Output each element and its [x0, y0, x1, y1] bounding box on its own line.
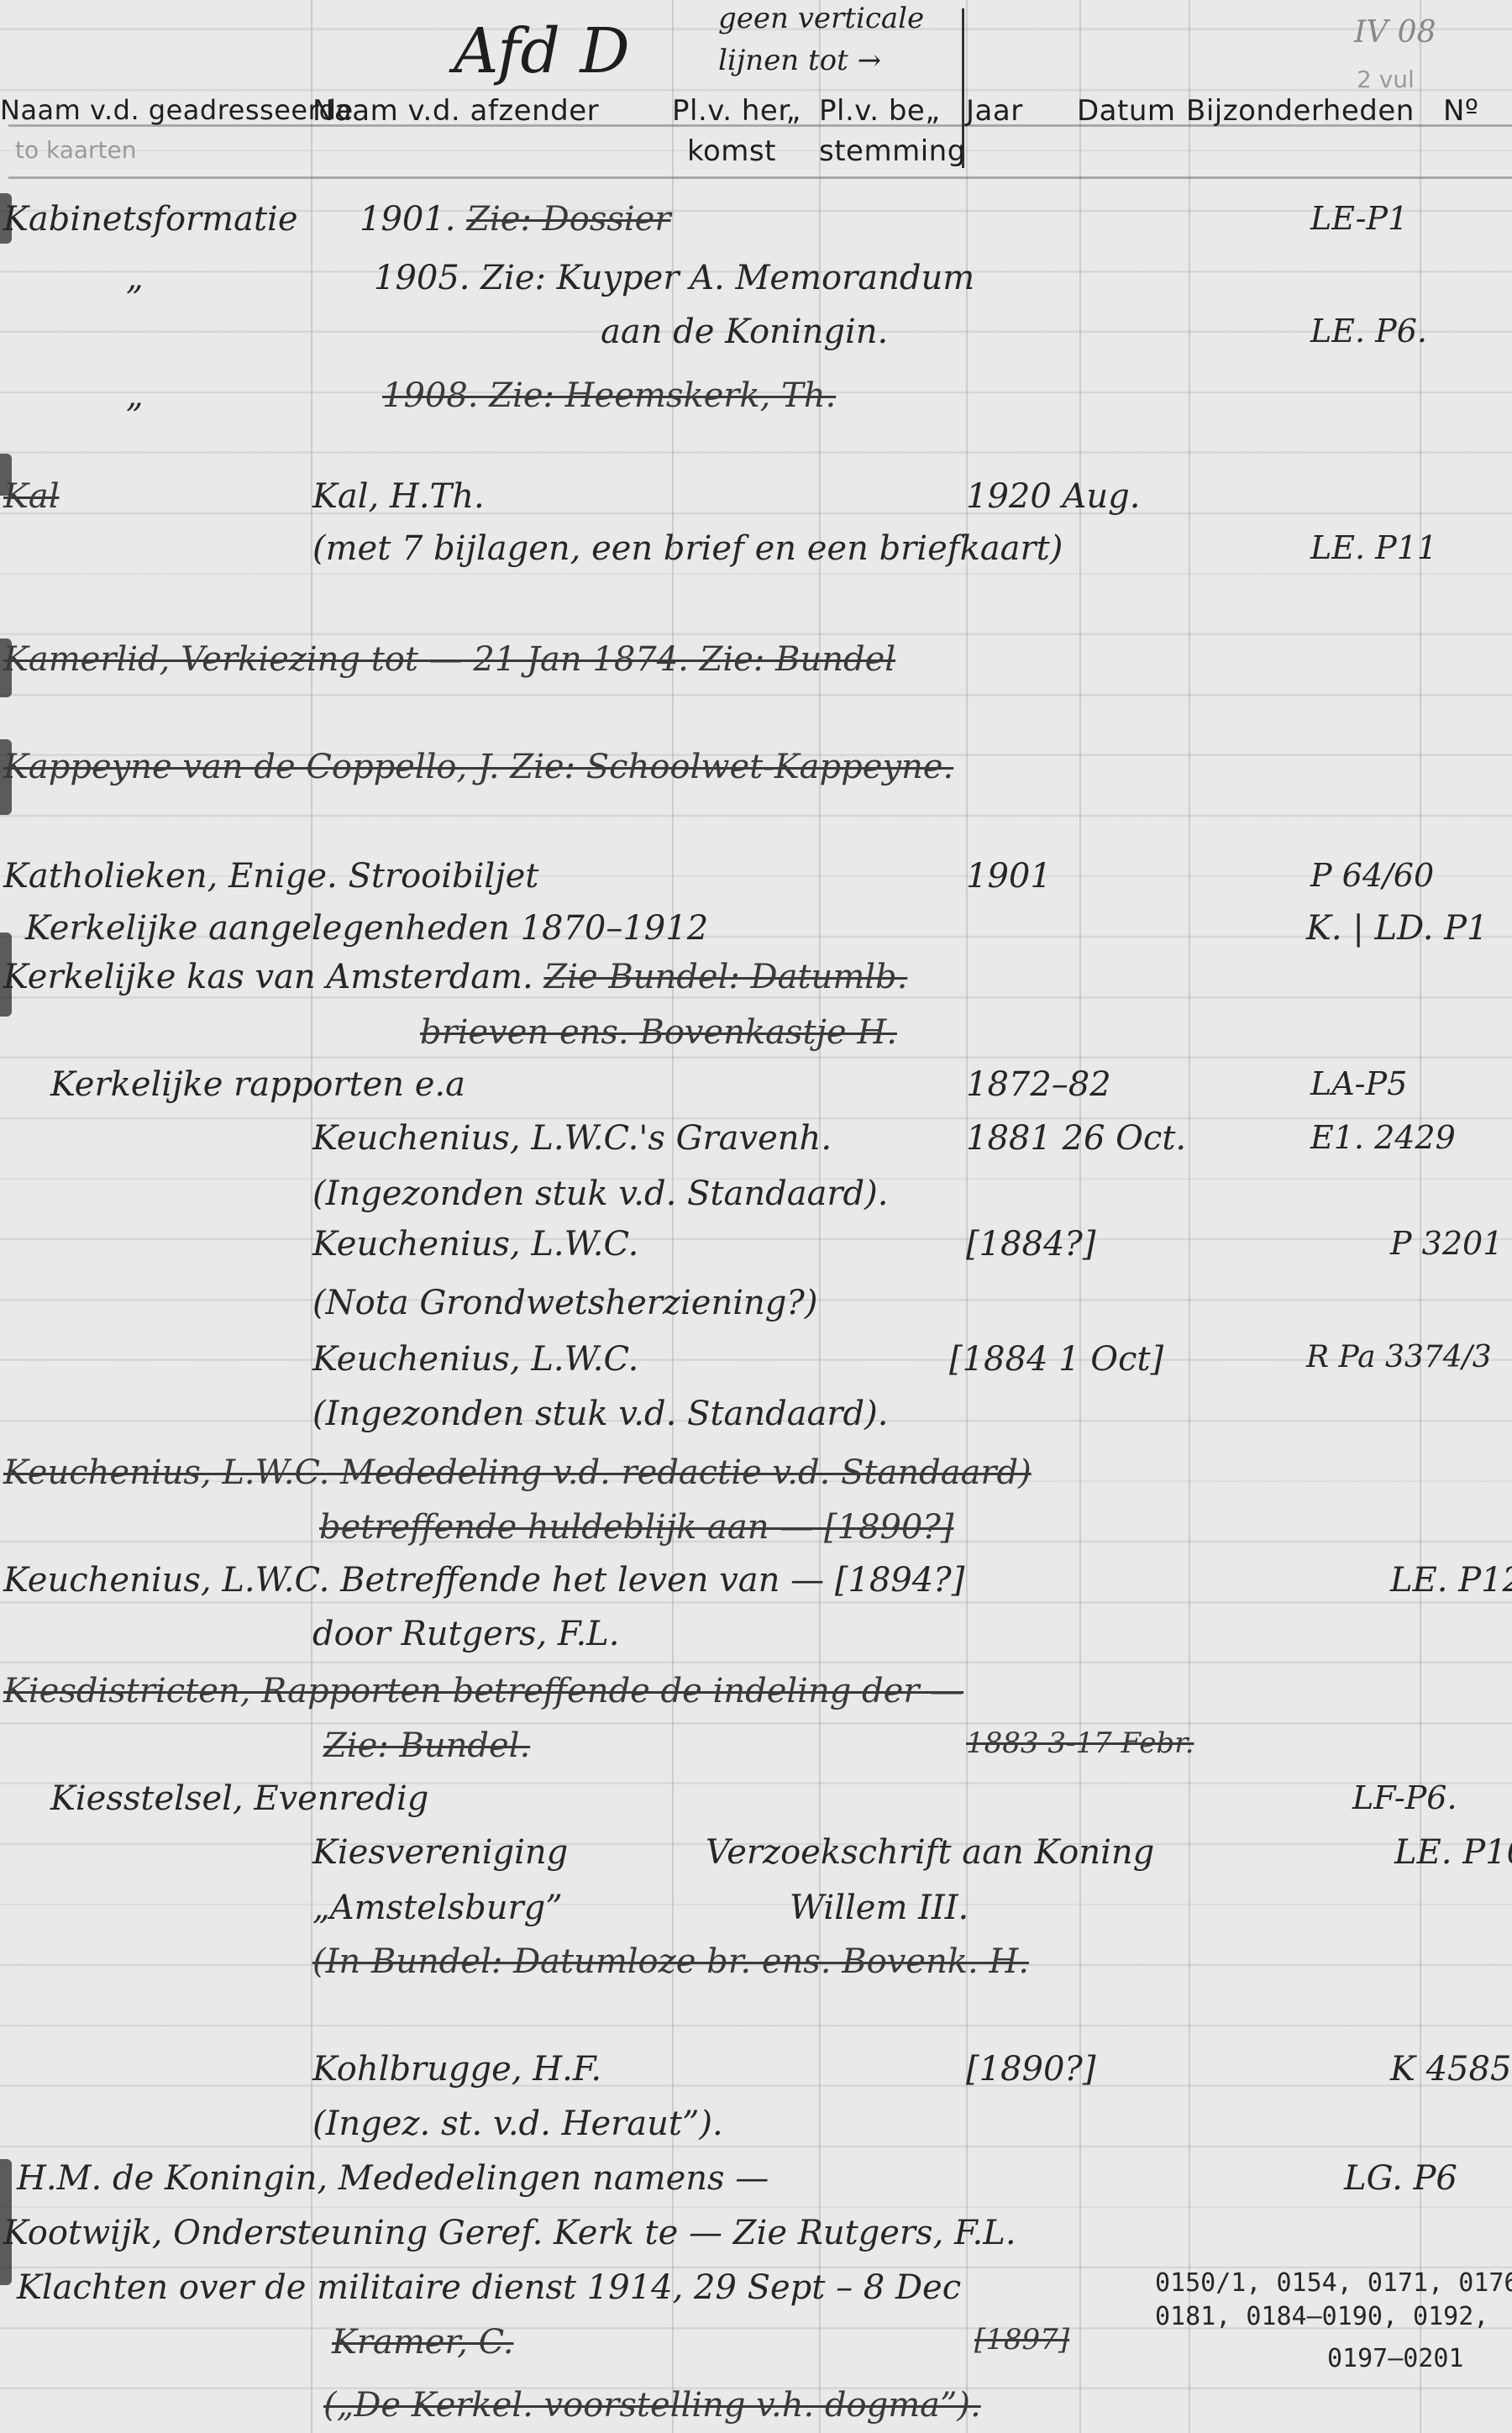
entry-row: Kerkelijke aangelegenheden 1870–1912 K. … [0, 909, 1512, 959]
col-header-details: Bijzonderheden [1186, 94, 1415, 128]
entry-text: 1908. Zie: Heemskerk, Th. [382, 376, 836, 415]
entry-ref: P 64/60 [1310, 857, 1434, 894]
entry-year: 1901 [966, 857, 1052, 896]
entry-subject: Kamerlid, Verkiezing tot — 21 Jan 1874. … [3, 640, 895, 679]
entry-row: Kiesstelsel, Evenredig LF-P6. [0, 1779, 1512, 1830]
entry-row: Kamerlid, Verkiezing tot — 21 Jan 1874. … [0, 640, 1512, 691]
entry-sender: Keuchenius, L.W.C. [312, 1225, 638, 1264]
entry-text: (met 7 bijlagen, een brief en een briefk… [312, 529, 1063, 568]
entry-ditto: „ [126, 259, 144, 297]
entry-year: 1920 Aug. [966, 477, 1140, 516]
entry-row: Keuchenius, L.W.C. [1884 1 Oct] R Pa 337… [0, 1340, 1512, 1390]
entry-row: („De Kerkel. voorstelling v.h. dogma”). [0, 2386, 1512, 2433]
entry-row: (Nota Grondwetsherziening?) [0, 1284, 1512, 1334]
entry-row: door Rutgers, F.L. [0, 1615, 1512, 1665]
entry-text: Verzoekschrift aan Koning [706, 1833, 1154, 1872]
entry-text: „Amstelsburg” [312, 1889, 563, 1927]
entry-year: [1884?] [966, 1225, 1095, 1264]
col-header-destination: Pl.v. be„ [819, 94, 940, 128]
entry-row: Keuchenius, L.W.C. [1884?] P 3201 [0, 1225, 1512, 1275]
entry-text: door Rutgers, F.L. [312, 1615, 619, 1653]
entry-row: Kappeyne van de Coppello, J. Zie: School… [0, 748, 1512, 798]
entry-subject: Keuchenius, L.W.C. Mededeling v.d. redac… [3, 1453, 1032, 1492]
entry-sender: Kohlbrugge, H.F. [312, 2050, 601, 2089]
entry-text: 1901. Zie: Dossier [360, 200, 670, 239]
corner-mark: IV 08 [1354, 15, 1436, 50]
entry-text: Zie: Bundel. [323, 1726, 530, 1765]
col-header-addressee: Naam v.d. geadresseerde [0, 94, 354, 126]
entry-row: Katholieken, Enige. Strooibiljet 1901 P … [0, 857, 1512, 907]
col-header-number: Nº [1443, 94, 1478, 128]
entry-text: aan de Koningin. [601, 313, 888, 351]
entry-struck-text: Zie: Dossier [466, 200, 670, 239]
entry-ref: P 3201 [1390, 1225, 1503, 1262]
entry-row: (Ingezonden stuk v.d. Standaard). [0, 1174, 1512, 1225]
entry-ref: K 4585 [1390, 2050, 1511, 2089]
entry-row: Kohlbrugge, H.F. [1890?] K 4585 [0, 2050, 1512, 2100]
entry-subject: Kiesstelsel, Evenredig [50, 1779, 428, 1818]
entry-row: H.M. de Koningin, Mededelingen namens — … [0, 2159, 1512, 2210]
entry-year: 1881 26 Oct. [966, 1119, 1186, 1158]
entry-ref: LG. P6 [1344, 2159, 1457, 2198]
entry-subject: Kappeyne van de Coppello, J. Zie: School… [3, 748, 953, 786]
entry-ref: K. | LD. P1 [1306, 909, 1488, 948]
entry-row: (Ingez. st. v.d. Heraut”). [0, 2105, 1512, 2155]
entry-subject: Katholieken, Enige. Strooibiljet [3, 857, 538, 896]
entry-ref: LF-P6. [1352, 1779, 1457, 1816]
entry-text: (Nota Grondwetsherziening?) [312, 1284, 817, 1322]
entry-text: Willem III. [790, 1889, 969, 1927]
entry-subject: Kerkelijke kas van Amsterdam. Zie Bundel… [3, 958, 907, 996]
col-header-origin-sub: komst [687, 134, 776, 168]
entry-sender: Kal, H.Th. [312, 477, 485, 516]
entry-numbers: 0150/1, 0154, 0171, 0176, 0178 [1155, 2268, 1512, 2298]
entry-text: 1905. Zie: Kuyper A. Memorandum [374, 259, 974, 297]
entry-year: 1872–82 [966, 1065, 1111, 1104]
entry-ref: LE. P6. [1310, 313, 1427, 349]
entry-row: betreffende huldeblijk aan — [1890?] [0, 1508, 1512, 1558]
entry-subject: Kootwijk, Ondersteuning Geref. Kerk te —… [3, 2214, 1016, 2252]
entry-row: „ 1905. Zie: Kuyper A. Memorandum [0, 259, 1512, 309]
entry-sender: Keuchenius, L.W.C. [312, 1340, 638, 1379]
index-card: Afd D geen verticale lijnen tot → IV 08 … [0, 0, 1512, 2433]
entry-ref: LE. P11 [1310, 529, 1437, 566]
entry-text: (Ingez. st. v.d. Heraut”). [312, 2105, 723, 2143]
entry-text: brieven ens. Bovenkastje H. [420, 1013, 897, 1052]
pencil-note: to kaarten [15, 136, 137, 164]
entry-subject: Kal [3, 477, 60, 516]
entry-row: Keuchenius, L.W.C. Betreffende het leven… [0, 1561, 1512, 1611]
col-header-origin: Pl.v. her„ [672, 94, 801, 128]
entry-ref: LA-P5 [1310, 1065, 1407, 1102]
entry-row: (met 7 bijlagen, een brief en een briefk… [0, 529, 1512, 580]
entry-subject: Keuchenius, L.W.C. Betreffende het leven… [3, 1561, 964, 1600]
entry-row: Kiesdistricten, Rapporten betreffende de… [0, 1672, 1512, 1722]
entry-row: Zie: Bundel. 1883 3-17 Febr. [0, 1726, 1512, 1777]
entry-struck-text: Zie Bundel: Datumlb. [543, 958, 907, 996]
entry-row: Kerkelijke kas van Amsterdam. Zie Bundel… [0, 958, 1512, 1008]
col-header-sender: Naam v.d. afzender [312, 94, 599, 128]
entry-ref: E1. 2429 [1310, 1119, 1456, 1156]
corner-pencil-note: 2 vul [1357, 66, 1415, 93]
entry-row: Kabinetsformatie 1901. Zie: Dossier LE-P… [0, 200, 1512, 250]
entry-sender: Keuchenius, L.W.C.'s Gravenh. [312, 1119, 832, 1158]
entry-subject: Kerkelijke aangelegenheden 1870–1912 [25, 909, 708, 948]
entry-text: (Ingezonden stuk v.d. Standaard). [312, 1395, 888, 1433]
entry-ref: R Pa 3374/3 [1306, 1340, 1492, 1374]
entry-row: Kiesvereniging Verzoekschrift aan Koning… [0, 1833, 1512, 1884]
entry-row: Kerkelijke rapporten e.a 1872–82 LA-P5 [0, 1065, 1512, 1116]
entry-text: („De Kerkel. voorstelling v.h. dogma”). [323, 2386, 981, 2425]
col-header-year: Jaar [966, 94, 1023, 128]
entry-row: aan de Koningin. LE. P6. [0, 313, 1512, 363]
entry-row: (In Bundel: Datumloze br. ens. Bovenk. H… [0, 1942, 1512, 1993]
entry-text: (Ingezonden stuk v.d. Standaard). [312, 1174, 888, 1213]
entry-subject: Kerkelijke rapporten e.a [50, 1065, 465, 1104]
entry-row: Keuchenius, L.W.C.'s Gravenh. 1881 26 Oc… [0, 1119, 1512, 1169]
entry-subject: H.M. de Koningin, Mededelingen namens — [17, 2159, 769, 2198]
entry-row: brieven ens. Bovenkastje H. [0, 1013, 1512, 1064]
entry-text: (In Bundel: Datumloze br. ens. Bovenk. H… [312, 1942, 1029, 1981]
entry-row: Kootwijk, Ondersteuning Geref. Kerk te —… [0, 2214, 1512, 2264]
entry-year: [1890?] [966, 2050, 1095, 2089]
entry-ref: LE-P1 [1310, 200, 1408, 237]
col-header-date: Datum [1077, 94, 1176, 128]
col-header-destination-sub: stemming [819, 134, 966, 168]
entry-ditto: „ [126, 376, 144, 415]
header-bottom-rule [8, 176, 1512, 179]
entry-ref: LE. P12 [1390, 1561, 1512, 1600]
entry-row: (Ingezonden stuk v.d. Standaard). [0, 1395, 1512, 1445]
entry-ref: LE. P10 [1394, 1833, 1512, 1872]
card-title: Afd D [454, 15, 630, 87]
entry-row: „Amstelsburg” Willem III. [0, 1889, 1512, 1939]
entry-sender: Kiesvereniging [312, 1833, 568, 1872]
entry-subject: Kabinetsformatie [3, 200, 298, 239]
entry-year: 1883 3-17 Febr. [966, 1726, 1194, 1760]
title-note-line2: lijnen tot → [718, 44, 881, 77]
entry-subject: Kiesdistricten, Rapporten betreffende de… [3, 1672, 963, 1710]
entry-text: betreffende huldeblijk aan — [1890?] [319, 1508, 953, 1547]
title-note-line1: geen verticale [718, 2, 924, 35]
entry-numbers: 0197–0201 [1327, 2344, 1464, 2373]
entry-row: Kal Kal, H.Th. 1920 Aug. [0, 477, 1512, 528]
entry-row: Keuchenius, L.W.C. Mededeling v.d. redac… [0, 1453, 1512, 1504]
entry-row: „ 1908. Zie: Heemskerk, Th. [0, 376, 1512, 427]
entry-year: [1884 1 Oct] [949, 1340, 1163, 1379]
